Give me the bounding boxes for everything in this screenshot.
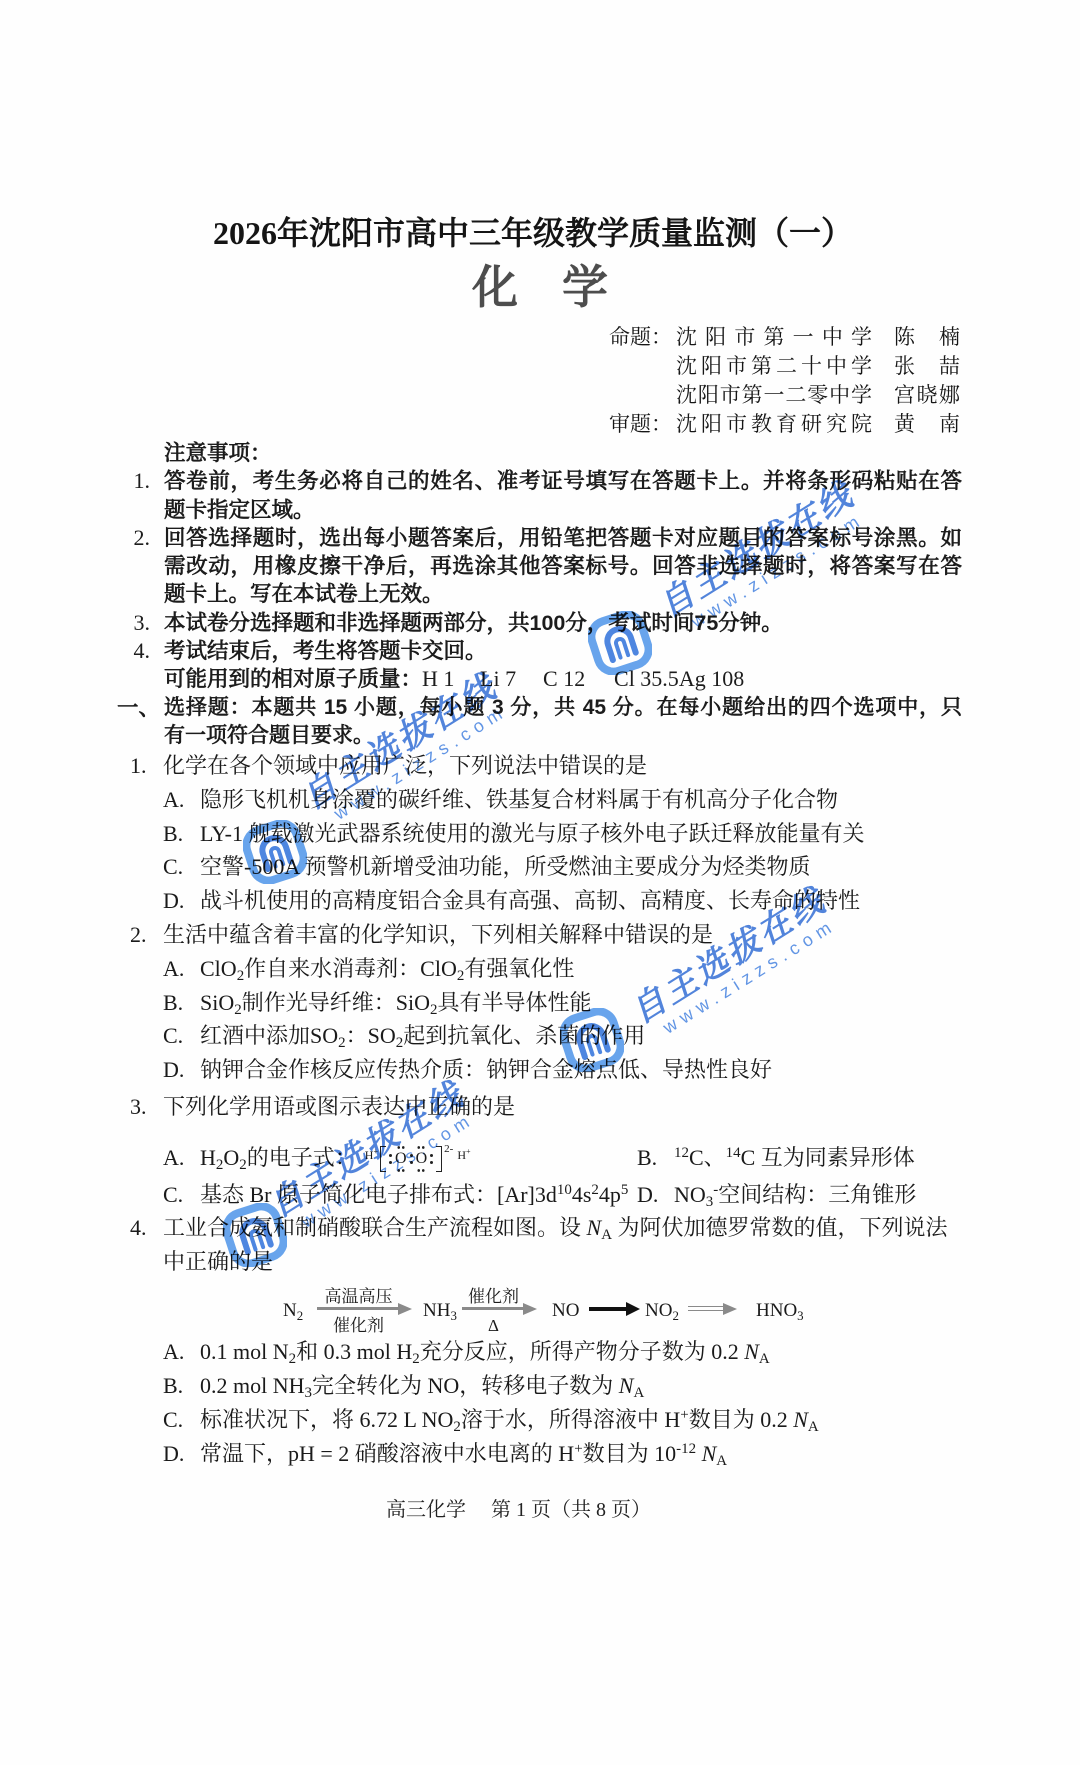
option-text: ClO2作自来水消毒剂：ClO2有强氧化性 — [200, 952, 574, 986]
flow-node: N2 — [283, 1300, 303, 1322]
option-b: B. LY-1 舰载激光武器系统使用的激光与原子核外电子跃迁释放能量有关 — [128, 817, 973, 851]
arrow-label-below: 催化剂 — [317, 1316, 400, 1336]
question-4: 4. 工业合成氨和制硝酸联合生产流程如图。设 NA 为阿伏加德罗常数的值，下列说… — [128, 1211, 973, 1471]
atomic-mass: Li 7 — [480, 665, 543, 693]
atomic-masses-label: 可能用到的相对原子质量： — [164, 667, 422, 691]
question-3: 3. 下列化学用语或图示表达中正确的是 A. H2O2的电子式： H+ O O … — [128, 1090, 973, 1213]
author-school: 沈阳市第二十中学 — [676, 352, 872, 381]
option-label: B. — [163, 986, 200, 1020]
author-block: 命题： 沈阳市第一中学 陈楠 沈阳市第二十中学 张喆 沈阳市第一二零中学 宫晓娜… — [609, 323, 960, 439]
arrow-label-above: 催化剂 — [462, 1287, 525, 1307]
notice-item: 2. 回答选择题时，选出每小题答案后，用铅笔把答题卡对应题目的答案标号涂黑。如 … — [112, 524, 964, 609]
subject-title: 化学 — [472, 259, 652, 315]
author-role — [609, 352, 676, 381]
option-label: D. — [163, 884, 200, 918]
option-label: C. — [163, 1019, 200, 1053]
option-a: A. 隐形飞机机身涂覆的碳纤维、铁基复合材料属于有机高分子化合物 — [128, 783, 973, 817]
question-number: 3. — [128, 1090, 163, 1124]
option-label: A. — [163, 952, 200, 986]
notice-item-text: 答卷前，考生务必将自己的姓名、准考证号填写在答题卡上。并将条形码粘贴在答 题卡指… — [164, 467, 962, 524]
atomic-mass: H 1 — [422, 665, 480, 693]
option-d: D. 钠钾合金作核反应传热介质：钠钾合金熔点低、导热性良好 — [128, 1053, 973, 1087]
author-school: 沈阳市第一中学 — [676, 323, 872, 352]
option-label: D. — [637, 1176, 674, 1213]
option-label: C. — [163, 1176, 200, 1213]
atomic-masses: 可能用到的相对原子质量：H 1Li 7C 12Cl 35.5Ag 108 — [164, 665, 964, 693]
author-row: 命题： 沈阳市第一中学 陈楠 — [609, 323, 960, 352]
formula-atom: O — [393, 1151, 409, 1167]
question-text: 化学在各个领域中应用广泛，下列说法中错误的是 — [163, 749, 647, 783]
arrow-label-above: 高温高压 — [317, 1287, 400, 1307]
notice-item: 3. 本试卷分选择题和非选择题两部分，共100分，考试时间75分钟。 — [112, 609, 964, 637]
notice-item-text: 本试卷分选择题和非选择题两部分，共100分，考试时间75分钟。 — [164, 609, 962, 637]
formula-bracket-left — [380, 1146, 386, 1172]
question-text: 中正确的是 — [163, 1245, 273, 1279]
author-name: 宫晓娜 — [894, 381, 960, 410]
question-number-spacer — [128, 1245, 163, 1279]
flow-arrow: 催化剂 Δ — [462, 1279, 537, 1335]
notice-item: 4. 考试结束后，考生将答题卡交回。 — [112, 637, 964, 665]
question-number: 2. — [128, 918, 163, 952]
option-c: C. 基态 Br 原子简化电子排布式：[Ar]3d104s24p5 — [163, 1176, 637, 1213]
text-line: 答卷前，考生务必将自己的姓名、准考证号填写在答题卡上。并将条形码粘贴在答 — [164, 467, 962, 495]
text-line: 有一项符合题目要求。 — [164, 722, 962, 750]
exam-title: 2026年沈阳市高中三年级教学质量监测（一） — [0, 213, 1066, 253]
option-label: A. — [163, 783, 200, 817]
author-name: 陈楠 — [894, 323, 960, 352]
flow-arrow — [589, 1279, 640, 1335]
question-number: 4. — [128, 1211, 163, 1245]
author-role: 审题： — [609, 410, 676, 439]
question-text: 下列化学用语或图示表达中正确的是 — [163, 1090, 515, 1124]
question-stem-continued: 中正确的是 — [128, 1245, 973, 1279]
option-label: B. — [163, 817, 200, 851]
option-a: A. 0.1 mol N2和 0.3 mol H2充分反应，所得产物分子数为 0… — [128, 1335, 973, 1369]
option-text: 12C、14C 互为同素异形体 — [674, 1139, 915, 1176]
option-label: A. — [163, 1139, 200, 1176]
notice-heading: 注意事项： — [164, 439, 964, 467]
flow-node: NO2 — [645, 1300, 679, 1322]
author-school: 沈阳市第一二零中学 — [676, 381, 872, 410]
question-stem: 3. 下列化学用语或图示表达中正确的是 — [128, 1090, 973, 1124]
process-flow-diagram: N2 高温高压 催化剂 NH3 催化剂 Δ NO NO2 HNO3 — [128, 1279, 973, 1335]
arrow-shaft — [688, 1306, 725, 1311]
notice-item-number: 1. — [112, 467, 164, 524]
author-row: 沈阳市第二十中学 张喆 — [609, 352, 960, 381]
formula-left-ion: H+ — [365, 1149, 378, 1161]
text-line: 考试结束后，考生将答题卡交回。 — [164, 637, 962, 665]
notice-section: 注意事项： 1. 答卷前，考生务必将自己的姓名、准考证号填写在答题卡上。并将条形… — [112, 439, 964, 750]
text-line: 选择题：本题共 15 小题，每小题 3 分，共 45 分。在每小题给出的四个选项… — [164, 694, 962, 722]
formula-bracket-right — [436, 1146, 442, 1172]
text-line: 回答选择题时，选出每小题答案后，用铅笔把答题卡对应题目的答案标号涂黑。如 — [164, 524, 962, 552]
question-1: 1. 化学在各个领域中应用广泛，下列说法中错误的是 A. 隐形飞机机身涂覆的碳纤… — [128, 749, 973, 918]
electron-dot-formula: H+ O O 2- H+ — [365, 1140, 471, 1177]
footer-subject: 高三化学 — [386, 1499, 466, 1521]
notice-item-number: 4. — [112, 637, 164, 665]
author-school: 沈阳市教育研究院 — [676, 410, 872, 439]
option-text: 基态 Br 原子简化电子排布式：[Ar]3d104s24p5 — [200, 1176, 628, 1213]
arrow-shaft — [317, 1307, 400, 1310]
flow-arrow — [688, 1279, 737, 1335]
option-text: 空警-500A 预警机新增受油功能，所受燃油主要成分为烃类物质 — [200, 850, 811, 884]
text-line: 本试卷分选择题和非选择题两部分，共100分，考试时间75分钟。 — [164, 609, 962, 637]
flow-node: NH3 — [423, 1300, 457, 1322]
option-text: 钠钾合金作核反应传热介质：钠钾合金熔点低、导热性良好 — [200, 1053, 772, 1087]
question-2: 2. 生活中蕴含着丰富的化学知识，下列相关解释中错误的是 A. ClO2作自来水… — [128, 918, 973, 1087]
option-label: C. — [163, 1403, 200, 1437]
option-text: 隐形飞机机身涂覆的碳纤维、铁基复合材料属于有机高分子化合物 — [200, 783, 838, 817]
arrow-head-icon — [523, 1303, 537, 1315]
flow-arrow: 高温高压 催化剂 — [317, 1279, 412, 1335]
option-text: H2O2的电子式： — [200, 1139, 357, 1176]
author-row: 审题： 沈阳市教育研究院 黄南 — [609, 410, 960, 439]
notice-item-number: 3. — [112, 609, 164, 637]
arrow-head-icon — [723, 1303, 737, 1315]
section-number: 一、 — [112, 694, 164, 751]
formula-atom: O — [414, 1151, 430, 1167]
arrow-shaft — [462, 1307, 525, 1310]
option-c: C. 空警-500A 预警机新增受油功能，所受燃油主要成分为烃类物质 — [128, 850, 973, 884]
question-number: 1. — [128, 749, 163, 783]
arrow-head-icon — [626, 1302, 640, 1316]
question-stem: 2. 生活中蕴含着丰富的化学知识，下列相关解释中错误的是 — [128, 918, 973, 952]
flow-node: HNO3 — [756, 1300, 804, 1322]
author-role — [609, 381, 676, 410]
option-text: 战斗机使用的高精度铝合金具有高强、高韧、高精度、长寿命的特性 — [200, 884, 860, 918]
option-b: B. SiO2制作光导纤维：SiO2具有半导体性能 — [128, 986, 973, 1020]
lone-pair-dots — [429, 1153, 434, 1165]
page-footer: 高三化学第 1 页（共 8 页） — [386, 1496, 651, 1524]
option-b: B. 0.2 mol NH3完全转化为 NO，转移电子数为 NA — [128, 1369, 973, 1403]
option-text: 红酒中添加SO2：SO2起到抗氧化、杀菌的作用 — [200, 1019, 645, 1053]
option-b: B. 12C、14C 互为同素异形体 — [637, 1139, 915, 1176]
option-d: D. NO3-空间结构：三角锥形 — [637, 1176, 916, 1213]
notice-item-text: 考试结束后，考生将答题卡交回。 — [164, 637, 962, 665]
option-label: B. — [637, 1139, 674, 1176]
section-heading: 一、 选择题：本题共 15 小题，每小题 3 分，共 45 分。在每小题给出的四… — [112, 694, 964, 751]
atomic-mass: Ag 108 — [679, 665, 744, 693]
author-role: 命题： — [609, 323, 676, 352]
option-text: 标准状况下，将 6.72 L NO2溶于水，所得溶液中 H+数目为 0.2 NA — [200, 1403, 819, 1437]
flow-node: NO — [552, 1300, 579, 1322]
option-text: LY-1 舰载激光武器系统使用的激光与原子核外电子跃迁释放能量有关 — [200, 817, 865, 851]
text-line: 需改动，用橡皮擦干净后，再选涂其他答案标号。回答非选择题时，将答案写在答 — [164, 552, 962, 580]
option-row: C. 基态 Br 原子简化电子排布式：[Ar]3d104s24p5 D. NO3… — [128, 1176, 973, 1213]
notice-item-text: 回答选择题时，选出每小题答案后，用铅笔把答题卡对应题目的答案标号涂黑。如 需改动… — [164, 524, 962, 609]
option-c: C. 红酒中添加SO2：SO2起到抗氧化、杀菌的作用 — [128, 1019, 973, 1053]
text-line: 题卡指定区域。 — [164, 496, 962, 524]
option-d: D. 常温下，pH = 2 硝酸溶液中水电离的 H+数目为 10-12 NA — [128, 1437, 973, 1471]
text-line: 题卡上。写在本试卷上无效。 — [164, 580, 962, 608]
option-label: D. — [163, 1437, 200, 1471]
question-stem: 1. 化学在各个领域中应用广泛，下列说法中错误的是 — [128, 749, 973, 783]
option-c: C. 标准状况下，将 6.72 L NO2溶于水，所得溶液中 H+数目为 0.2… — [128, 1403, 973, 1437]
atomic-mass: Cl 35.5 — [614, 665, 679, 693]
option-a: A. H2O2的电子式： H+ O O 2- H+ — [163, 1139, 637, 1176]
page-number: 第 1 页（共 8 页） — [491, 1499, 651, 1521]
option-text: 0.1 mol N2和 0.3 mol H2充分反应，所得产物分子数为 0.2 … — [200, 1335, 770, 1369]
option-label: A. — [163, 1335, 200, 1369]
question-text: 生活中蕴含着丰富的化学知识，下列相关解释中错误的是 — [163, 918, 713, 952]
arrow-label-below: Δ — [462, 1316, 525, 1336]
option-text: SiO2制作光导纤维：SiO2具有半导体性能 — [200, 986, 591, 1020]
option-label: B. — [163, 1369, 200, 1403]
question-stem: 4. 工业合成氨和制硝酸联合生产流程如图。设 NA 为阿伏加德罗常数的值，下列说… — [128, 1211, 973, 1245]
option-label: C. — [163, 850, 200, 884]
option-text: 0.2 mol NH3完全转化为 NO，转移电子数为 NA — [200, 1369, 644, 1403]
option-text: NO3-空间结构：三角锥形 — [674, 1176, 916, 1213]
arrow-shaft — [589, 1307, 628, 1311]
option-d: D. 战斗机使用的高精度铝合金具有高强、高韧、高精度、长寿命的特性 — [128, 884, 973, 918]
author-name: 黄南 — [894, 410, 960, 439]
notice-item-number: 2. — [112, 524, 164, 609]
option-label: D. — [163, 1053, 200, 1087]
option-text: 常温下，pH = 2 硝酸溶液中水电离的 H+数目为 10-12 NA — [200, 1437, 727, 1471]
arrow-head-icon — [398, 1303, 412, 1315]
option-a: A. ClO2作自来水消毒剂：ClO2有强氧化性 — [128, 952, 973, 986]
notice-item: 1. 答卷前，考生务必将自己的姓名、准考证号填写在答题卡上。并将条形码粘贴在答 … — [112, 467, 964, 524]
question-text: 工业合成氨和制硝酸联合生产流程如图。设 NA 为阿伏加德罗常数的值，下列说法 — [163, 1211, 948, 1245]
formula-right-ion: H+ — [457, 1149, 470, 1161]
atomic-mass: C 12 — [543, 665, 614, 693]
formula-charge: 2- — [444, 1144, 453, 1155]
author-row: 沈阳市第一二零中学 宫晓娜 — [609, 381, 960, 410]
option-row: A. H2O2的电子式： H+ O O 2- H+ B. 12C、14C 互为同… — [128, 1139, 973, 1176]
section-text: 选择题：本题共 15 小题，每小题 3 分，共 45 分。在每小题给出的四个选项… — [164, 694, 962, 751]
author-name: 张喆 — [894, 352, 960, 381]
